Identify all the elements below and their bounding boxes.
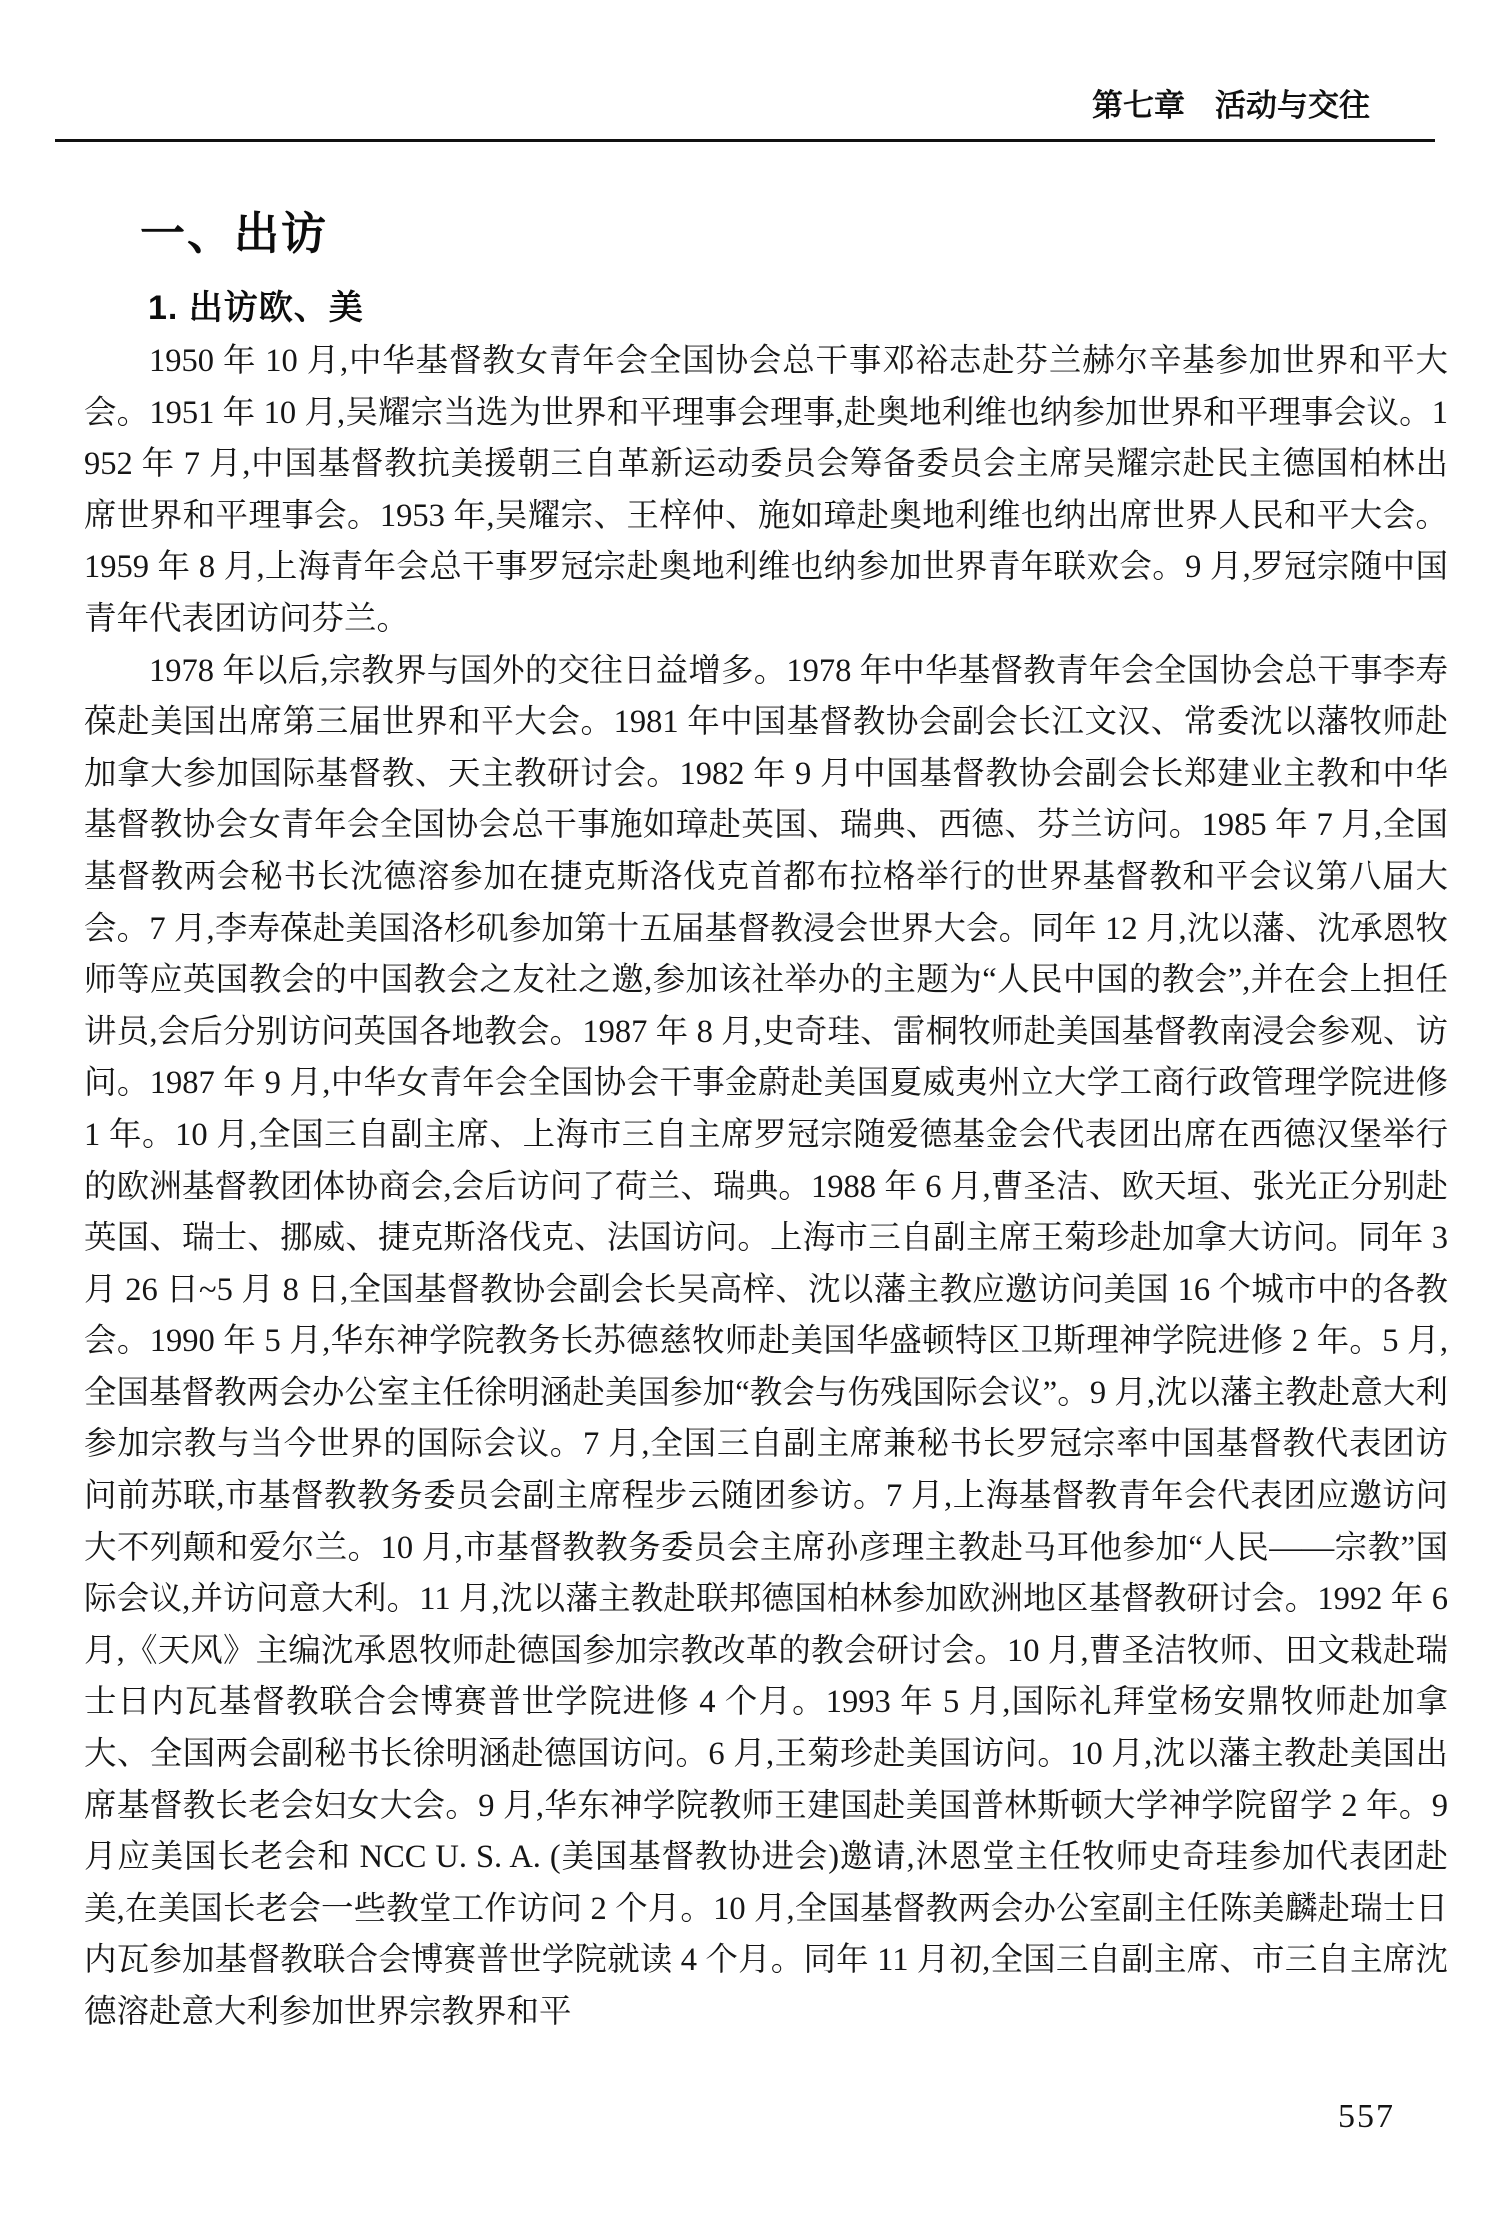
running-header-title: 活动与交往 <box>1215 88 1370 123</box>
section-title: 一、出访 <box>140 208 328 260</box>
running-header-chapter: 第七章 <box>1092 88 1185 123</box>
page-number: 557 <box>1338 2098 1395 2136</box>
subsection-title: 1. 出访欧、美 <box>148 288 364 328</box>
body-text: 1950 年 10 月,中华基督教女青年会全国协会总干事邓裕志赴芬兰赫尔辛基参加… <box>84 336 1448 2039</box>
header-rule <box>55 139 1435 142</box>
body-paragraph-1: 1950 年 10 月,中华基督教女青年会全国协会总干事邓裕志赴芬兰赫尔辛基参加… <box>84 336 1448 646</box>
body-paragraph-2: 1978 年以后,宗教界与国外的交往日益增多。1978 年中华基督教青年会全国协… <box>84 646 1448 2039</box>
running-header: 第七章活动与交往 <box>1092 88 1370 124</box>
document-page: 第七章活动与交往 一、出访 1. 出访欧、美 1950 年 10 月,中华基督教… <box>0 0 1500 2224</box>
